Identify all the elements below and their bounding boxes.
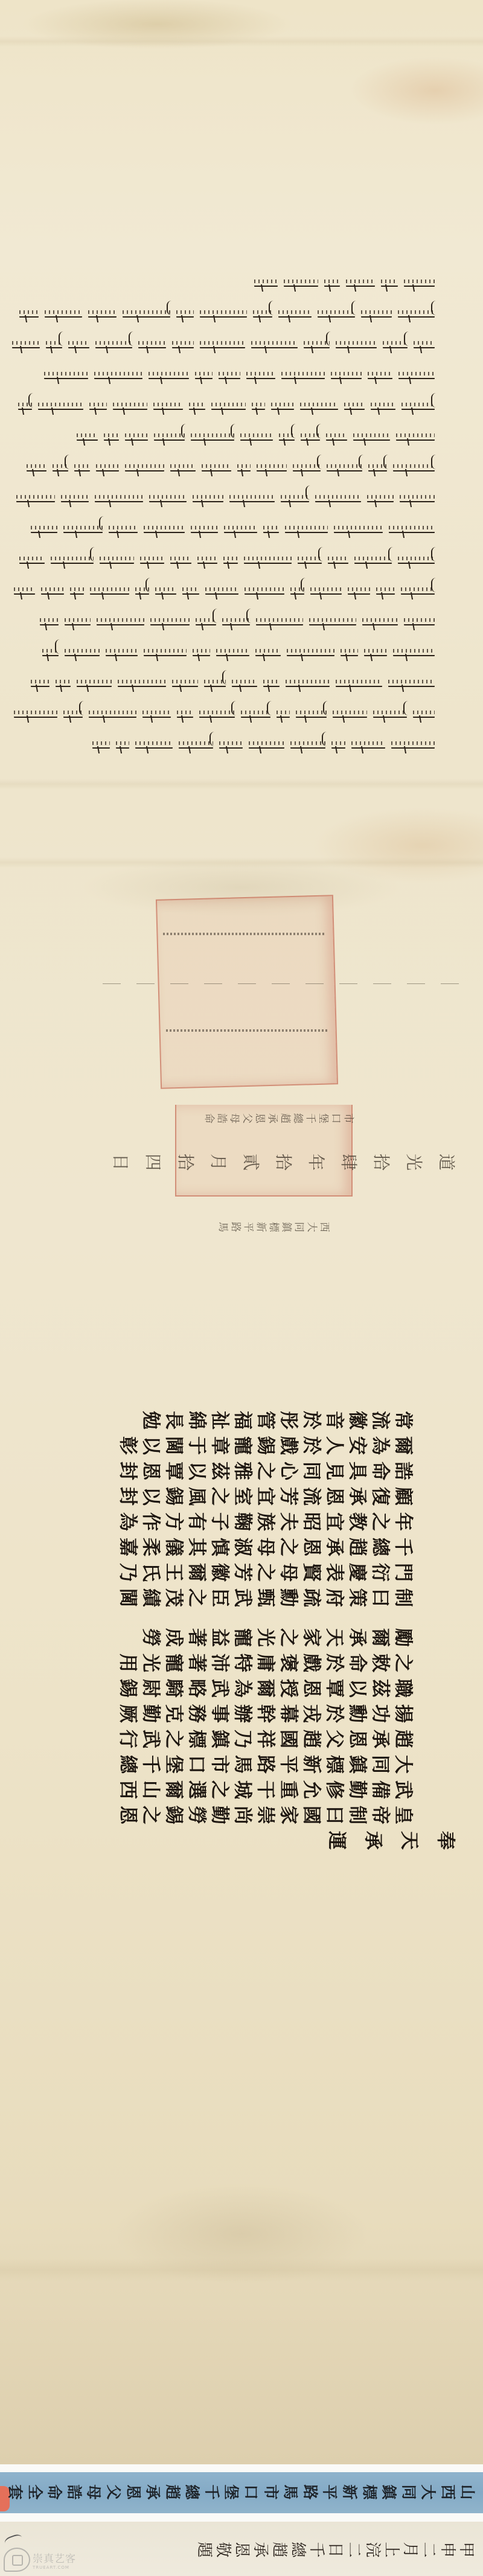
- manchu-word: [263, 682, 280, 687]
- manchu-word: [304, 344, 330, 348]
- manchu-word: [368, 374, 392, 379]
- manchu-word: [364, 651, 387, 656]
- manchu-word: [281, 497, 309, 502]
- manchu-word: [413, 713, 435, 718]
- manchu-word: [77, 682, 112, 687]
- manchu-word: [404, 621, 435, 625]
- paper-stain: [0, 2258, 483, 2282]
- manchu-word: [191, 528, 218, 533]
- manchu-word: [328, 559, 348, 564]
- glyph: 西: [117, 1779, 144, 1801]
- glyph: 父: [103, 2482, 125, 2502]
- glyph: 四: [142, 1146, 166, 1178]
- manchu-word: [310, 590, 342, 595]
- manchu-word: [195, 374, 213, 379]
- manchu-word: [224, 528, 257, 533]
- manchu-word: [256, 621, 303, 625]
- glyph: 用: [117, 1652, 144, 1675]
- manchu-word: [27, 467, 46, 471]
- glyph: 新: [339, 2482, 361, 2502]
- manchu-word: [376, 590, 395, 595]
- glyph: 題: [194, 2540, 217, 2559]
- manchu-word: [31, 528, 57, 533]
- manchu-word: [263, 528, 279, 533]
- manchu-word: [252, 405, 265, 410]
- manchu-word: [88, 313, 117, 318]
- edict-line: 千總趙承恩之母淑慎其儀柔嘉: [36, 1533, 417, 1561]
- manchu-word: [179, 744, 213, 749]
- glyph: 行: [117, 1728, 144, 1751]
- manchu-word: [354, 559, 392, 564]
- manchu-line: [5, 392, 435, 423]
- manchu-word: [219, 744, 243, 749]
- manchu-word: [346, 282, 375, 287]
- manchu-word: [277, 713, 290, 718]
- manchu-word: [298, 559, 322, 564]
- manchu-word: [229, 497, 275, 502]
- manchu-word: [296, 713, 327, 718]
- manchu-word: [249, 744, 284, 749]
- manchu-word: [251, 344, 298, 348]
- edict-line: 職茲以覃恩授爾為武略騎尉錫: [36, 1675, 417, 1702]
- manchu-word: [113, 405, 147, 410]
- faint-manchu-row: [91, 981, 459, 984]
- manchu-word: [301, 436, 320, 441]
- glyph: 總: [117, 1753, 144, 1776]
- manchu-word: [125, 436, 148, 441]
- manchu-word: [46, 344, 62, 348]
- colophon-text: 甲申二月上浣二日千總趙承恩敬題: [133, 2539, 477, 2561]
- edict-date-line: 道光拾肆年拾貳月拾四日: [5, 1150, 464, 1174]
- manchu-line: [5, 669, 435, 700]
- manchu-line: [5, 515, 435, 546]
- glyph: 嘉: [117, 1536, 144, 1559]
- manchu-word: [19, 313, 39, 318]
- manchu-word: [197, 559, 217, 564]
- manchu-word: [196, 621, 216, 625]
- manchu-word: [219, 374, 240, 379]
- manchu-word: [341, 651, 358, 656]
- manchu-word: [279, 436, 295, 441]
- glyph: 千: [202, 2482, 223, 2502]
- glyph: 鎮: [379, 2482, 400, 2502]
- manchu-word: [135, 744, 173, 749]
- glyph: 月: [207, 1146, 231, 1178]
- manchu-word: [92, 744, 110, 749]
- glyph: 奉: [434, 1829, 461, 1852]
- manchu-word: [393, 651, 435, 656]
- manchu-word: [232, 682, 257, 687]
- manchu-line: [5, 577, 435, 607]
- manchu-word: [367, 497, 394, 502]
- manchu-word: [336, 682, 382, 687]
- manchu-word: [371, 405, 395, 410]
- manchu-word: [401, 405, 435, 410]
- manchu-word: [176, 313, 194, 318]
- manchu-word: [199, 713, 235, 718]
- manchu-word: [45, 313, 82, 318]
- paper-stain: [0, 36, 483, 47]
- glyph: 光: [403, 1146, 427, 1178]
- manchu-word: [241, 713, 270, 718]
- manchu-word: [388, 682, 435, 687]
- glyph: 大: [418, 2482, 440, 2502]
- manchu-word: [205, 590, 238, 595]
- manchu-word: [18, 405, 32, 410]
- glyph: 誥: [64, 2482, 86, 2502]
- manchu-word: [193, 651, 210, 656]
- manchu-word: [90, 590, 129, 595]
- manchu-word: [244, 559, 292, 564]
- manchu-word: [116, 744, 129, 749]
- manchu-word: [63, 713, 83, 718]
- manchu-word: [331, 374, 362, 379]
- glyph: 為: [117, 1510, 144, 1533]
- manchu-text-block: [5, 269, 435, 761]
- manchu-word: [89, 405, 107, 410]
- manchu-word: [125, 467, 164, 471]
- manchu-word: [97, 621, 144, 625]
- manchu-word: [287, 651, 334, 656]
- watermark-en: TRUEART.COM: [33, 2565, 76, 2570]
- manchu-word: [200, 313, 247, 318]
- manchu-line: [5, 423, 435, 453]
- manchu-word: [16, 497, 55, 502]
- watermark-logo-icon: [4, 2548, 30, 2572]
- manchu-word: [56, 682, 71, 687]
- edict-line: 制曰策府疏勳甄武臣之茂績閫: [36, 1584, 417, 1611]
- edict-line: 大同鎮標新平路馬市口堡千總: [36, 1751, 417, 1778]
- glyph: 市: [261, 2482, 283, 2502]
- manchu-word: [398, 559, 435, 564]
- manchu-word: [414, 344, 435, 348]
- manchu-word: [89, 713, 136, 718]
- manchu-word: [286, 682, 330, 687]
- manchu-word: [12, 344, 40, 348]
- manchu-line: [5, 546, 435, 577]
- manchu-word: [14, 713, 57, 718]
- watermark-cn: 崇真艺客: [33, 2550, 76, 2565]
- manchu-word: [290, 590, 304, 595]
- mount-gap: [0, 2513, 483, 2522]
- manchu-word: [373, 713, 407, 718]
- glyph: 運: [325, 1829, 353, 1852]
- manchu-line: [5, 484, 435, 515]
- manchu-word: [172, 344, 194, 348]
- seal-inscription-line: [163, 933, 326, 935]
- manchu-word: [149, 374, 189, 379]
- manchu-word: [398, 313, 435, 318]
- glyph: 平: [320, 2482, 342, 2502]
- glyph: 套: [5, 2482, 27, 2502]
- seal-inscription-line: [166, 1029, 329, 1032]
- manchu-word: [170, 467, 196, 471]
- manchu-word: [253, 313, 272, 318]
- glyph: 恩: [117, 1804, 144, 1827]
- glyph: 馬: [281, 2482, 302, 2502]
- glyph: 封: [117, 1460, 144, 1483]
- glyph: 總: [182, 2482, 204, 2502]
- glyph: 彰: [117, 1434, 144, 1457]
- manchu-word: [42, 651, 59, 656]
- manchu-word: [200, 344, 245, 348]
- manchu-word: [44, 374, 88, 379]
- manchu-line: [5, 361, 435, 392]
- glyph: 路: [300, 2482, 322, 2502]
- manchu-word: [191, 436, 234, 441]
- manchu-word: [189, 405, 205, 410]
- glyph: 天: [398, 1829, 425, 1852]
- red-seal-manchu: [156, 895, 338, 1089]
- glyph: 同: [398, 2482, 420, 2502]
- manchu-word: [290, 744, 325, 749]
- edict-line: 皇帝制曰國家崇尚勤勞錫之恩: [36, 1801, 417, 1829]
- manchu-word: [381, 282, 398, 287]
- manchu-word: [331, 744, 345, 749]
- manchu-word: [14, 590, 35, 595]
- manchu-word: [19, 559, 45, 564]
- manchu-line: [5, 700, 435, 730]
- glyph: 趙: [162, 2482, 184, 2502]
- glyph: 年: [305, 1146, 329, 1178]
- manchu-word: [144, 528, 185, 533]
- manchu-word: [383, 344, 408, 348]
- manchu-line: [5, 299, 435, 330]
- manchu-word: [398, 374, 435, 379]
- manchu-word: [393, 467, 435, 471]
- edict-line: 顧復承恩流芳宜室之風錫以封: [36, 1483, 417, 1510]
- manchu-word: [40, 621, 59, 625]
- manchu-line: [5, 330, 435, 361]
- mount-gap: [0, 2464, 483, 2472]
- edict-line: 門衍慶表賢母之芳徽爾王氏乃: [36, 1559, 417, 1586]
- manchu-word: [144, 651, 187, 656]
- manchu-word: [53, 467, 68, 471]
- manchu-word: [368, 467, 387, 471]
- manchu-word: [326, 436, 347, 441]
- manchu-word: [138, 344, 166, 348]
- manchu-word: [348, 590, 370, 595]
- manchu-word: [96, 467, 119, 471]
- edict-line: 武備勤修允重干城之選爾山西: [36, 1776, 417, 1803]
- manchu-word: [61, 497, 89, 502]
- edict-line: 勵爾承天家之光寵益著成勞: [36, 1624, 417, 1651]
- glyph: 全: [25, 2482, 46, 2502]
- glyph: 勉: [139, 1409, 167, 1432]
- manchu-word: [223, 559, 238, 564]
- manchu-word: [149, 497, 187, 502]
- manchu-word: [257, 467, 287, 471]
- manchu-word: [65, 621, 91, 625]
- manchu-word: [391, 744, 435, 749]
- edict-line: 趙承恩父趙國祥乃鎮標之武行: [36, 1725, 417, 1753]
- manchu-word: [109, 528, 138, 533]
- manchu-word: [182, 590, 199, 595]
- edict-line: 之敕命於戲褒庸特沛著寵光用: [36, 1649, 417, 1676]
- watermark: 崇真艺客 TRUEART.COM: [4, 2548, 76, 2572]
- manchu-word: [400, 497, 435, 502]
- manchu-word: [38, 405, 83, 410]
- manchu-word: [240, 436, 273, 441]
- manchu-word: [63, 528, 103, 533]
- edict-line: 誥命具見同心之雅茲以覃恩封: [36, 1457, 417, 1485]
- manchu-word: [315, 497, 361, 502]
- manchu-word: [281, 374, 325, 379]
- manchu-word: [140, 559, 164, 564]
- manchu-word: [193, 497, 223, 502]
- manchu-line: [5, 453, 435, 484]
- manchu-word: [237, 467, 251, 471]
- manchu-word: [216, 651, 249, 656]
- glyph: 標: [359, 2482, 381, 2502]
- glyph: 拾: [272, 1146, 296, 1178]
- manchu-word: [222, 621, 250, 625]
- glyph: 山: [458, 2482, 479, 2502]
- edict-line: 爾為安人於戲錫寵章于閫以彰: [36, 1432, 417, 1459]
- manchu-word: [309, 621, 356, 625]
- title-label-text: 山西大同鎮標新平路馬市口堡千總趙承恩父母誥命全套: [6, 2481, 478, 2503]
- manchu-word: [51, 559, 94, 564]
- glyph: 母: [84, 2482, 106, 2502]
- glyph: 錫: [117, 1677, 144, 1700]
- manchu-word: [106, 651, 138, 656]
- edict-line: 常流徽音於彤管福祉綿長勉: [36, 1407, 417, 1434]
- manchu-word: [361, 313, 392, 318]
- manchu-word: [177, 713, 193, 718]
- manchu-word: [351, 744, 385, 749]
- manchu-word: [284, 282, 318, 287]
- glyph: 承: [142, 2482, 164, 2502]
- manchu-word: [135, 590, 149, 595]
- manchu-word: [285, 528, 328, 533]
- manchu-line: [5, 638, 435, 669]
- manchu-word: [254, 282, 278, 287]
- manchu-word: [204, 682, 226, 687]
- manchu-word: [245, 590, 284, 595]
- manchu-word: [170, 559, 191, 564]
- manchu-word: [155, 590, 176, 595]
- manchu-word: [389, 528, 435, 533]
- manchu-word: [211, 405, 246, 410]
- manchu-word: [278, 313, 312, 318]
- glyph: 口: [241, 2482, 263, 2502]
- glyph: 貳: [240, 1146, 264, 1178]
- manchu-word: [246, 374, 275, 379]
- manchu-word: [327, 467, 362, 471]
- manchu-word: [77, 436, 98, 441]
- glyph: 恩: [123, 2482, 145, 2502]
- manchu-word: [95, 497, 143, 502]
- manchu-line: [5, 730, 435, 761]
- glyph: 肆: [337, 1146, 362, 1178]
- glyph: 承: [362, 1829, 389, 1852]
- manchu-word: [94, 374, 142, 379]
- manchu-word: [154, 436, 185, 441]
- manchu-line: [5, 269, 435, 299]
- manchu-word: [336, 344, 377, 348]
- manchu-word: [334, 528, 383, 533]
- glyph: 乃: [117, 1561, 144, 1584]
- manchu-word: [362, 621, 398, 625]
- glyph: 閫: [117, 1587, 144, 1609]
- glyph: 拾: [370, 1146, 394, 1178]
- glyph: 勞: [139, 1626, 167, 1649]
- manchu-word: [153, 405, 183, 410]
- manchu-word: [255, 651, 281, 656]
- glyph: 堡: [222, 2482, 243, 2502]
- manchu-line: [5, 607, 435, 638]
- glyph: 拾: [174, 1146, 199, 1178]
- edict-line: 揚功勳於戎幕幹辦事務克勤厥: [36, 1700, 417, 1727]
- manchu-word: [202, 467, 231, 471]
- manchu-word: [396, 436, 435, 441]
- seal-name-line: 市口堡千總趙承恩父母誥命: [151, 1111, 356, 1126]
- manchu-word: [104, 436, 119, 441]
- glyph: 日: [109, 1146, 133, 1178]
- manchu-word: [401, 590, 435, 595]
- glyph: 馬: [217, 1221, 232, 1233]
- glyph: 封: [117, 1485, 144, 1508]
- manchu-word: [95, 344, 132, 348]
- glyph: 命: [45, 2482, 66, 2502]
- manchu-word: [293, 467, 321, 471]
- seal-sub-line: 西大同鎮標新平路馬: [151, 1219, 332, 1235]
- paper-stain: [0, 779, 483, 790]
- manchu-word: [142, 713, 171, 718]
- glyph: 厥: [117, 1702, 144, 1725]
- manchu-word: [118, 682, 166, 687]
- manchu-word: [70, 590, 84, 595]
- manchu-word: [74, 467, 90, 471]
- manchu-word: [300, 405, 338, 410]
- glyph: 西: [438, 2482, 459, 2502]
- manchu-word: [41, 590, 64, 595]
- manchu-word: [404, 282, 435, 287]
- manchu-word: [68, 344, 89, 348]
- manchu-word: [31, 682, 50, 687]
- manchu-word: [100, 559, 134, 564]
- manchu-word: [333, 713, 367, 718]
- manchu-word: [123, 313, 170, 318]
- edict-line: 年之教宜昭夫族鞠子有方作為: [36, 1508, 417, 1535]
- manchu-word: [172, 682, 198, 687]
- glyph: 道: [435, 1146, 459, 1178]
- manchu-word: [150, 621, 190, 625]
- manchu-word: [318, 313, 355, 318]
- manchu-word: [353, 436, 390, 441]
- glyph: 命: [203, 1112, 218, 1125]
- manchu-word: [324, 282, 340, 287]
- manchu-word: [271, 405, 294, 410]
- manchu-word: [344, 405, 365, 410]
- manchu-word: [65, 651, 100, 656]
- paper-stain: [0, 857, 483, 868]
- edict-header: 奉天承運: [314, 1827, 459, 1854]
